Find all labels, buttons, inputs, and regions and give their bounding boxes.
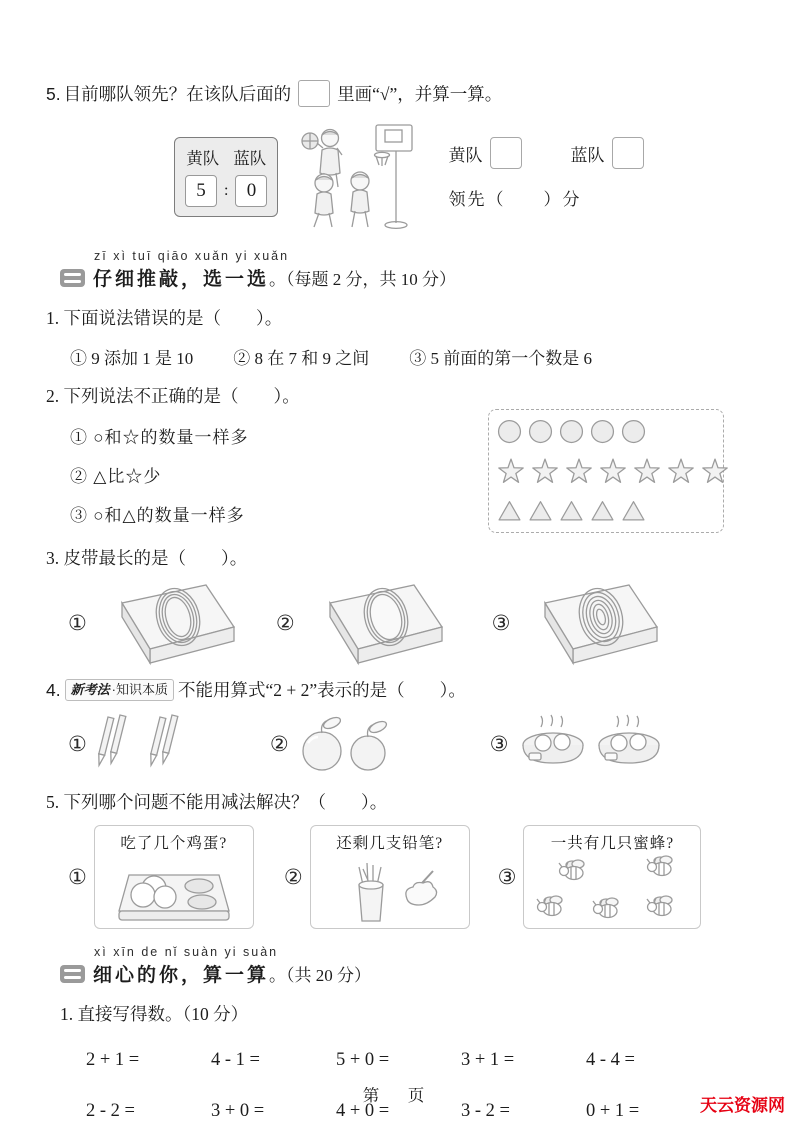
bees-option-box: 一共有几只蜜蜂? (523, 825, 701, 929)
answer-team-right-label: 蓝队 (570, 141, 604, 166)
arithmetic-problem[interactable]: 4 - 4 = (586, 1050, 711, 1071)
star-icon (599, 457, 627, 485)
pencils-left-option-2[interactable]: ② 还剩几支铅笔? (284, 825, 470, 929)
team-answer-row: 黄队 蓝队 (448, 137, 644, 169)
pencils-option-1[interactable]: ① (68, 713, 206, 775)
option-label: ① (68, 732, 87, 756)
q2-option-3[interactable]: ③ ○和△的数量一样多 (70, 501, 488, 526)
section-calc-header: xì xīn de nǐ suàn yi suàn 细心的你，算一算 。（共 2… (60, 945, 757, 987)
question-2-block: 2. 下列说法不正确的是（ ）。 ① ○和☆的数量一样多 ② △比☆少 ③ ○和… (46, 383, 757, 533)
question-2-left: 2. 下列说法不正确的是（ ）。 ① ○和☆的数量一样多 ② △比☆少 ③ ○和… (46, 383, 488, 533)
worksheet-content: 5.目前哪队领先？在该队后面的里画“√”，并算一算。 黄队 蓝队 5 : 0 (0, 0, 793, 1122)
question-4: 4.新考法·知识本质不能用算式“2 + 2”表示的是（ ）。 (46, 677, 757, 703)
q2-option-1[interactable]: ① ○和☆的数量一样多 (70, 423, 488, 448)
new-method-badge: 新考法·知识本质 (65, 679, 174, 701)
score-left: 5 (185, 175, 217, 207)
circle-icon (497, 419, 522, 444)
arithmetic-problem[interactable]: 4 - 1 = (211, 1050, 336, 1071)
circle-icon (528, 419, 553, 444)
option-label: ③ (490, 732, 509, 756)
belt-option-1[interactable]: ① (68, 579, 244, 667)
belt-coiled-tight-illustration (517, 579, 667, 667)
lead-by-line: 领先（ ）分 (448, 185, 644, 210)
scoreboard-header: 黄队 蓝队 (185, 145, 267, 169)
section-marker-icon (60, 269, 85, 287)
bees-option-3[interactable]: ③ 一共有几只蜜蜂? (498, 825, 702, 929)
question-number: 4. (46, 680, 61, 700)
answer-team-left-label: 黄队 (448, 141, 482, 166)
pencils-illustration (94, 713, 206, 775)
option-label: ② (276, 611, 295, 635)
section-choose-note: 。（每题 2 分，共 10 分） (269, 265, 456, 290)
section-calc-title: 细心的你，算一算 (93, 960, 269, 987)
star-row (497, 457, 715, 485)
question-3-figures: ① (46, 579, 757, 667)
section-marker-icon (60, 965, 85, 983)
apples-illustration (296, 713, 398, 775)
basketball-scene-illustration (286, 121, 418, 235)
star-icon (565, 457, 593, 485)
circle-icon (621, 419, 646, 444)
triangle-icon (559, 498, 584, 523)
eggs-caption: 吃了几个鸡蛋? (95, 831, 253, 853)
badge-sub: ·知识本质 (112, 677, 168, 703)
arithmetic-problem[interactable]: 5 + 0 = (336, 1050, 461, 1071)
section-choose-header: zī xì tuī qiāo xuǎn yi xuǎn 仔细推敲，选一选 。（每… (60, 249, 757, 291)
triangle-row (497, 498, 715, 523)
question-4-figures: ① ② (46, 711, 757, 777)
page-number-footer: 第 页 (0, 1082, 793, 1106)
inline-answer-box[interactable] (298, 80, 330, 107)
section-calc-title-row: 细心的你，算一算 。（共 20 分） (60, 960, 757, 987)
eggs-option-1[interactable]: ① 吃了几个鸡蛋? (68, 825, 254, 929)
scoreboard: 黄队 蓝队 5 : 0 (174, 137, 278, 217)
triangle-icon (528, 498, 553, 523)
scoreboard-team-left: 黄队 (186, 145, 219, 169)
circle-icon (590, 419, 615, 444)
egg-tray-illustration (95, 855, 253, 927)
option-label: ③ (498, 865, 517, 889)
q1-option-1[interactable]: ① 9 添加 1 是 10 (70, 344, 193, 369)
pencil-cup-and-hand-illustration (311, 855, 469, 927)
triangle-icon (621, 498, 646, 523)
belt-option-2[interactable]: ② (276, 579, 452, 667)
question-1-options: ① 9 添加 1 是 10 ② 8 在 7 和 9 之间 ③ 5 前面的第一个数… (70, 344, 757, 369)
pencils-caption: 还剩几支铅笔? (311, 831, 469, 853)
answer-box-left[interactable] (490, 137, 522, 169)
badge-main: 新考法 (71, 677, 110, 703)
answer-box-right[interactable] (612, 137, 644, 169)
question-text-after: 里画“√”，并算一算。 (337, 84, 502, 104)
answer-area: 黄队 蓝队 领先（ ）分 (448, 137, 644, 210)
section-choose-pinyin: zī xì tuī qiāo xuǎn yi xuǎn (94, 249, 757, 263)
watermark: 天云资源网 (700, 1091, 785, 1116)
section-calc-note: 。（共 20 分） (269, 961, 371, 986)
option-label: ① (68, 865, 87, 889)
star-icon (701, 457, 729, 485)
direct-write-subtitle: 1. 直接写得数。（10 分） (60, 1001, 757, 1026)
worksheet-page: 5.目前哪队领先？在该队后面的里画“√”，并算一算。 黄队 蓝队 5 : 0 (0, 0, 793, 1122)
apples-option-2[interactable]: ② (270, 713, 398, 775)
option-label: ② (270, 732, 289, 756)
triangle-icon (590, 498, 615, 523)
steamer-baskets-illustration (515, 711, 665, 777)
section-choose-title-row: 仔细推敲，选一选 。（每题 2 分，共 10 分） (60, 264, 757, 291)
bees-caption: 一共有几只蜜蜂? (524, 831, 700, 853)
option-label: ② (284, 865, 303, 889)
question-text-before: 目前哪队领先？在该队后面的 (64, 84, 292, 104)
section-choose-title: 仔细推敲，选一选 (93, 264, 269, 291)
question-1: 1. 下面说法错误的是（ ）。 (46, 305, 757, 331)
star-icon (633, 457, 661, 485)
section-calc-pinyin: xì xīn de nǐ suàn yi suàn (94, 945, 757, 959)
belt-coiled-medium-illustration (94, 579, 244, 667)
bees-illustration (524, 855, 700, 927)
star-icon (531, 457, 559, 485)
q1-option-2[interactable]: ② 8 在 7 和 9 之间 (233, 344, 369, 369)
star-icon (667, 457, 695, 485)
question-5-figures: ① 吃了几个鸡蛋? (46, 825, 757, 929)
circle-row (497, 419, 715, 444)
question-3: 3. 皮带最长的是（ ）。 (46, 545, 757, 571)
belt-option-3[interactable]: ③ (492, 579, 668, 667)
question-2: 2. 下列说法不正确的是（ ）。 (46, 383, 488, 409)
score-separator: : (224, 182, 228, 200)
q1-option-3[interactable]: ③ 5 前面的第一个数是 6 (409, 344, 592, 369)
pencils-option-box: 还剩几支铅笔? (310, 825, 470, 929)
q2-option-2[interactable]: ② △比☆少 (70, 462, 488, 487)
shapes-box (488, 409, 724, 533)
question-5-top: 5.目前哪队领先？在该队后面的里画“√”，并算一算。 (46, 80, 757, 107)
score-right: 0 (235, 175, 267, 207)
question-number: 5. (46, 84, 61, 104)
star-icon (497, 457, 525, 485)
option-label: ① (68, 611, 87, 635)
question-5-figure-row: 黄队 蓝队 5 : 0 (174, 121, 757, 237)
circle-icon (559, 419, 584, 444)
belt-coiled-loose-illustration (302, 579, 452, 667)
triangle-icon (497, 498, 522, 523)
arithmetic-problem[interactable]: 2 + 1 = (86, 1050, 211, 1071)
option-label: ③ (492, 611, 511, 635)
scoreboard-team-right: 蓝队 (233, 145, 266, 169)
arithmetic-problem[interactable]: 3 + 1 = (461, 1050, 586, 1071)
question-5-choice: 5. 下列哪个问题不能用减法解决？（ ）。 (46, 789, 757, 815)
scoreboard-scores: 5 : 0 (185, 175, 267, 207)
eggs-option-box: 吃了几个鸡蛋? (94, 825, 254, 929)
steamers-option-3[interactable]: ③ (490, 711, 666, 777)
question-4-text: 不能用算式“2 + 2”表示的是（ ）。 (178, 680, 466, 700)
question-2-options: ① ○和☆的数量一样多 ② △比☆少 ③ ○和△的数量一样多 (46, 423, 488, 526)
